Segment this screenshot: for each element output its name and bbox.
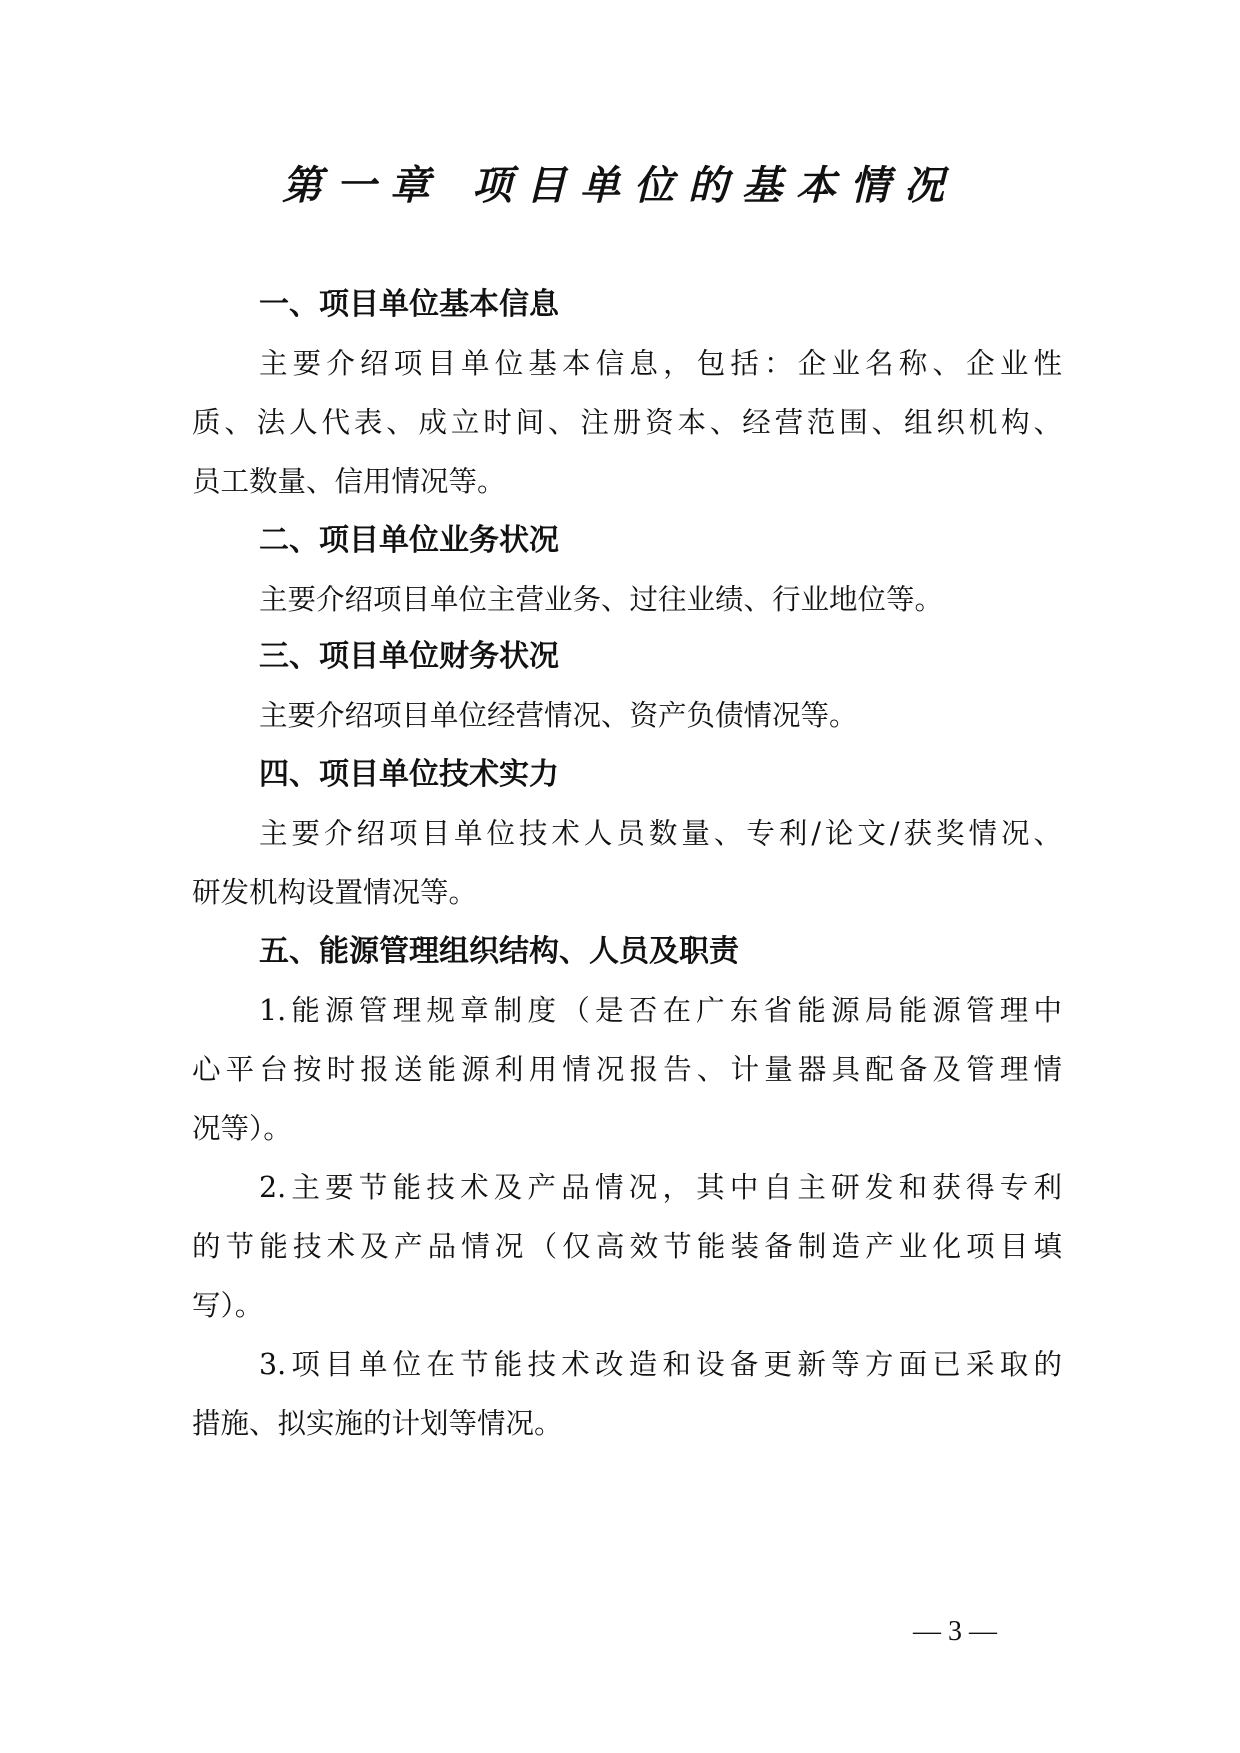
list-item-line: 写）。 (192, 1276, 1062, 1335)
list-item-line: 心平台按时报送能源利用情况报告、计量器具配备及管理情 (192, 1040, 1062, 1099)
page-number: — 3 — (900, 1612, 1010, 1652)
list-item-line: 3.项目单位在节能技术改造和设备更新等方面已采取的 (259, 1335, 1062, 1394)
section-heading-3: 三、项目单位财务状况 (259, 627, 559, 686)
list-item-line: 措施、拟实施的计划等情况。 (192, 1394, 1062, 1453)
paragraph-line: 质、法人代表、成立时间、注册资本、经营范围、组织机构、 (192, 393, 1062, 452)
paragraph-line: 研发机构设置情况等。 (192, 863, 1062, 922)
list-item-line: 况等）。 (192, 1099, 1062, 1158)
paragraph-line: 主要介绍项目单位基本信息，包括：企业名称、企业性 (259, 334, 1062, 393)
list-item-line: 1.能源管理规章制度（是否在广东省能源局能源管理中 (259, 981, 1062, 1040)
section-heading-2: 二、项目单位业务状况 (259, 511, 559, 570)
chapter-title: 第一章 项目单位的基本情况 (0, 158, 1240, 214)
paragraph-line: 员工数量、信用情况等。 (192, 452, 1062, 511)
paragraph-line: 主要介绍项目单位主营业务、过往业绩、行业地位等。 (259, 570, 1062, 629)
section-heading-5: 五、能源管理组织结构、人员及职责 (259, 922, 739, 981)
section-heading-1: 一、项目单位基本信息 (259, 275, 559, 334)
paragraph-line: 主要介绍项目单位技术人员数量、专利/论文/获奖情况、 (259, 804, 1062, 863)
section-heading-4: 四、项目单位技术实力 (259, 745, 559, 804)
list-item-line: 2.主要节能技术及产品情况，其中自主研发和获得专利 (259, 1158, 1062, 1217)
paragraph-line: 主要介绍项目单位经营情况、资产负债情况等。 (259, 686, 1062, 745)
list-item-line: 的节能技术及产品情况（仅高效节能装备制造产业化项目填 (192, 1217, 1062, 1276)
